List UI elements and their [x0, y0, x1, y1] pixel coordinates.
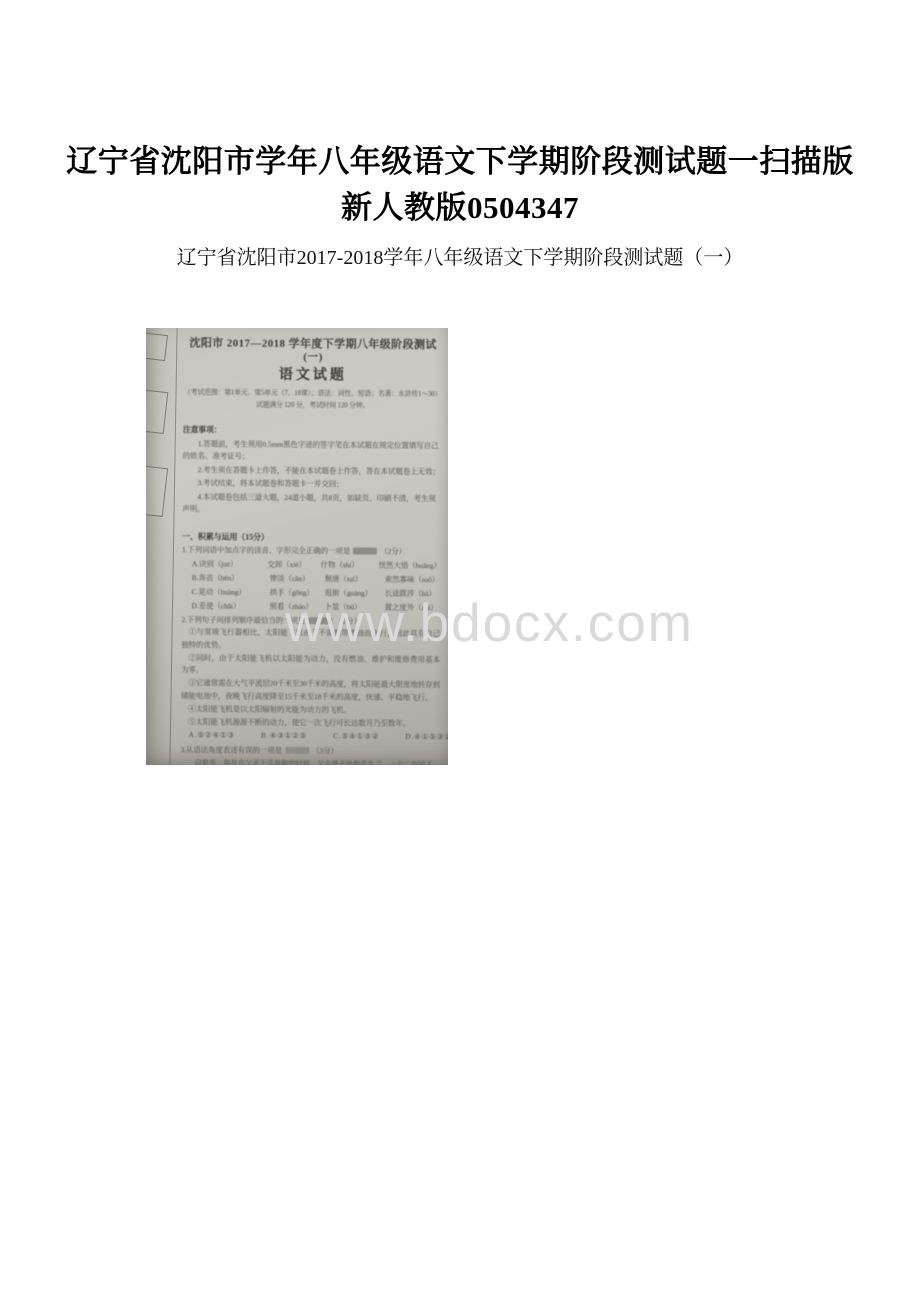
- scan-q2-choice: A.⑤②④①③: [188, 729, 235, 744]
- scan-q1-option-cell: 拱手（gǒng）: [270, 585, 325, 599]
- answer-blank-box: [285, 747, 309, 754]
- scan-q1-option-cell: 恍然大悟（huǎng）: [379, 558, 441, 572]
- exam-scan-inner: 沈阳市 2017—2018 学年度下学期八年级阶段测试(一) 语文试题 （考试范…: [146, 328, 448, 765]
- scan-q2-stem-text: 2.下列句子间排列顺序最恰当的一项是: [181, 615, 305, 625]
- scan-q2-choices: A.⑤②④①③ B.④③①②⑤ C.⑤④①③② D.④①⑤③②: [188, 729, 439, 745]
- scan-q1-option-cell: A.诀别（jué）: [192, 557, 268, 572]
- scan-q1-option-cell: 颓唐（tuí）: [325, 572, 385, 586]
- page-title-line1: 辽宁省沈阳市学年八年级语文下学期阶段测试题一扫描版: [40, 139, 880, 185]
- scan-q1-option-cell: 索然寡味（suǒ）: [385, 572, 441, 586]
- scan-note-item: 3.考试结束，将本试题卷和答题卡一并交回；: [182, 477, 441, 492]
- scan-margin-line: [169, 328, 177, 765]
- scan-note-item: 4.本试题卷包括三道大题，24道小题，共8页，如缺页、印刷不清，考生须声明。: [182, 491, 441, 518]
- scan-q1-option-cell: 逛街（guàng）: [325, 586, 385, 600]
- scan-q2-sentence: ②同时，由于太阳能飞机以太阳能为动力，没有燃油、维护和维修费用基本为零。: [181, 652, 440, 680]
- exam-scan-image: 沈阳市 2017—2018 学年度下学期八年级阶段测试(一) 语文试题 （考试范…: [146, 328, 448, 765]
- scan-q1-options: A.诀别（jué） 交卸（xiè） 什物（shí） 恍然大悟（huǎng） B.…: [191, 557, 440, 615]
- scan-content: 沈阳市 2017—2018 学年度下学期八年级阶段测试(一) 语文试题 （考试范…: [180, 333, 443, 765]
- scan-margin-box: [146, 390, 168, 434]
- scan-q2-sentence: ①与常规飞行器相比，太阳能飞机由于不需携带燃油而飞行，因此具有自己独特的优势。: [181, 626, 440, 654]
- scan-q1-score: （2分）: [380, 547, 406, 556]
- scan-margin-box: [146, 333, 168, 361]
- scan-margin-box: [146, 466, 168, 517]
- scan-q1-option-cell: 照看（zhào）: [269, 599, 324, 613]
- scan-q2-choice: B.④③①②⑤: [261, 729, 307, 744]
- scan-note-item: 2.考生须在答题卡上作答，不能在本试题卷上作答，答在本试题卷上无效；: [183, 464, 442, 479]
- scan-section-title: 一、积累与运用（15分）: [182, 531, 441, 546]
- scan-q3-stem-text: 3.从语法角度表述有误的一项是: [180, 745, 282, 755]
- scan-q2-score: （2分）: [335, 616, 361, 625]
- scan-q1-option-cell: 什物（shí）: [321, 558, 379, 572]
- scan-q1-stem-text: 1.下列词语中加点字的读音、字形完全正确的一项是: [182, 545, 350, 555]
- scan-exam-info: 试题满分 120 分，考试时间 120 分钟。: [183, 400, 442, 412]
- scan-exam-title: 语文试题: [183, 367, 442, 385]
- answer-blank-box: [353, 547, 377, 554]
- scan-note-item: 1.答题前，考生须用0.5mm黑色字迹的签字笔在本试题在规定位置填写自己的姓名、…: [183, 438, 442, 465]
- page-title: 辽宁省沈阳市学年八年级语文下学期阶段测试题一扫描版 新人教版0504347: [40, 139, 880, 231]
- scan-q1-option-cell: 长途跋涉（bá）: [385, 586, 441, 600]
- scan-q1-option-cell: 交卸（xiè）: [267, 557, 320, 571]
- scan-q2-choice: C.⑤④①③②: [333, 730, 379, 745]
- scan-q3-passage: 印象里，每年在父亲干活栽种的时候，父亲就开始种花生了，一个二亩园子，一把铲子，就…: [180, 758, 439, 765]
- scan-notes-title: 注意事项：: [183, 424, 442, 439]
- page-title-line2: 新人教版0504347: [40, 185, 880, 231]
- answer-blank-box: [308, 617, 332, 624]
- scan-q1-option-cell: 惨淡（cǎn）: [270, 571, 325, 585]
- scan-q1-option-cell: 卜筮（bǔ）: [324, 600, 384, 614]
- scan-q2-sentence: ③它通常需在大气平流层20千米至30千米的高度，将太阳能最大限度地转存到储能电池…: [181, 677, 440, 705]
- scan-q1-option-cell: 置之度外（zhì）: [384, 600, 440, 614]
- document-page: 辽宁省沈阳市学年八年级语文下学期阶段测试题一扫描版 新人教版0504347 辽宁…: [0, 0, 920, 1302]
- page-subtitle: 辽宁省沈阳市2017-2018学年八年级语文下学期阶段测试题（一）: [40, 241, 880, 270]
- scan-exam-header: 沈阳市 2017—2018 学年度下学期八年级阶段测试(一): [183, 337, 442, 365]
- scan-exam-scope: （考试范围：第1单元、第5单元（7、18课）；语法：词性、短语；名著：水浒传1～…: [183, 388, 442, 400]
- scan-q3-stem: 3.从语法角度表述有误的一项是（3分）: [180, 744, 439, 759]
- scan-q3-score: （3分）: [312, 746, 338, 755]
- scan-q1-option-cell: C.晃动（huàng）: [192, 585, 270, 600]
- scan-q2-choice: D.④①⑤③②: [405, 730, 448, 745]
- scan-q1-option-cell: D.差使（chāi）: [191, 599, 269, 614]
- scan-q1-option-cell: B.奔丧（bēn）: [192, 571, 270, 586]
- scan-q1-option-row: D.差使（chāi） 照看（zhào） 卜筮（bǔ） 置之度外（zhì）: [191, 599, 440, 615]
